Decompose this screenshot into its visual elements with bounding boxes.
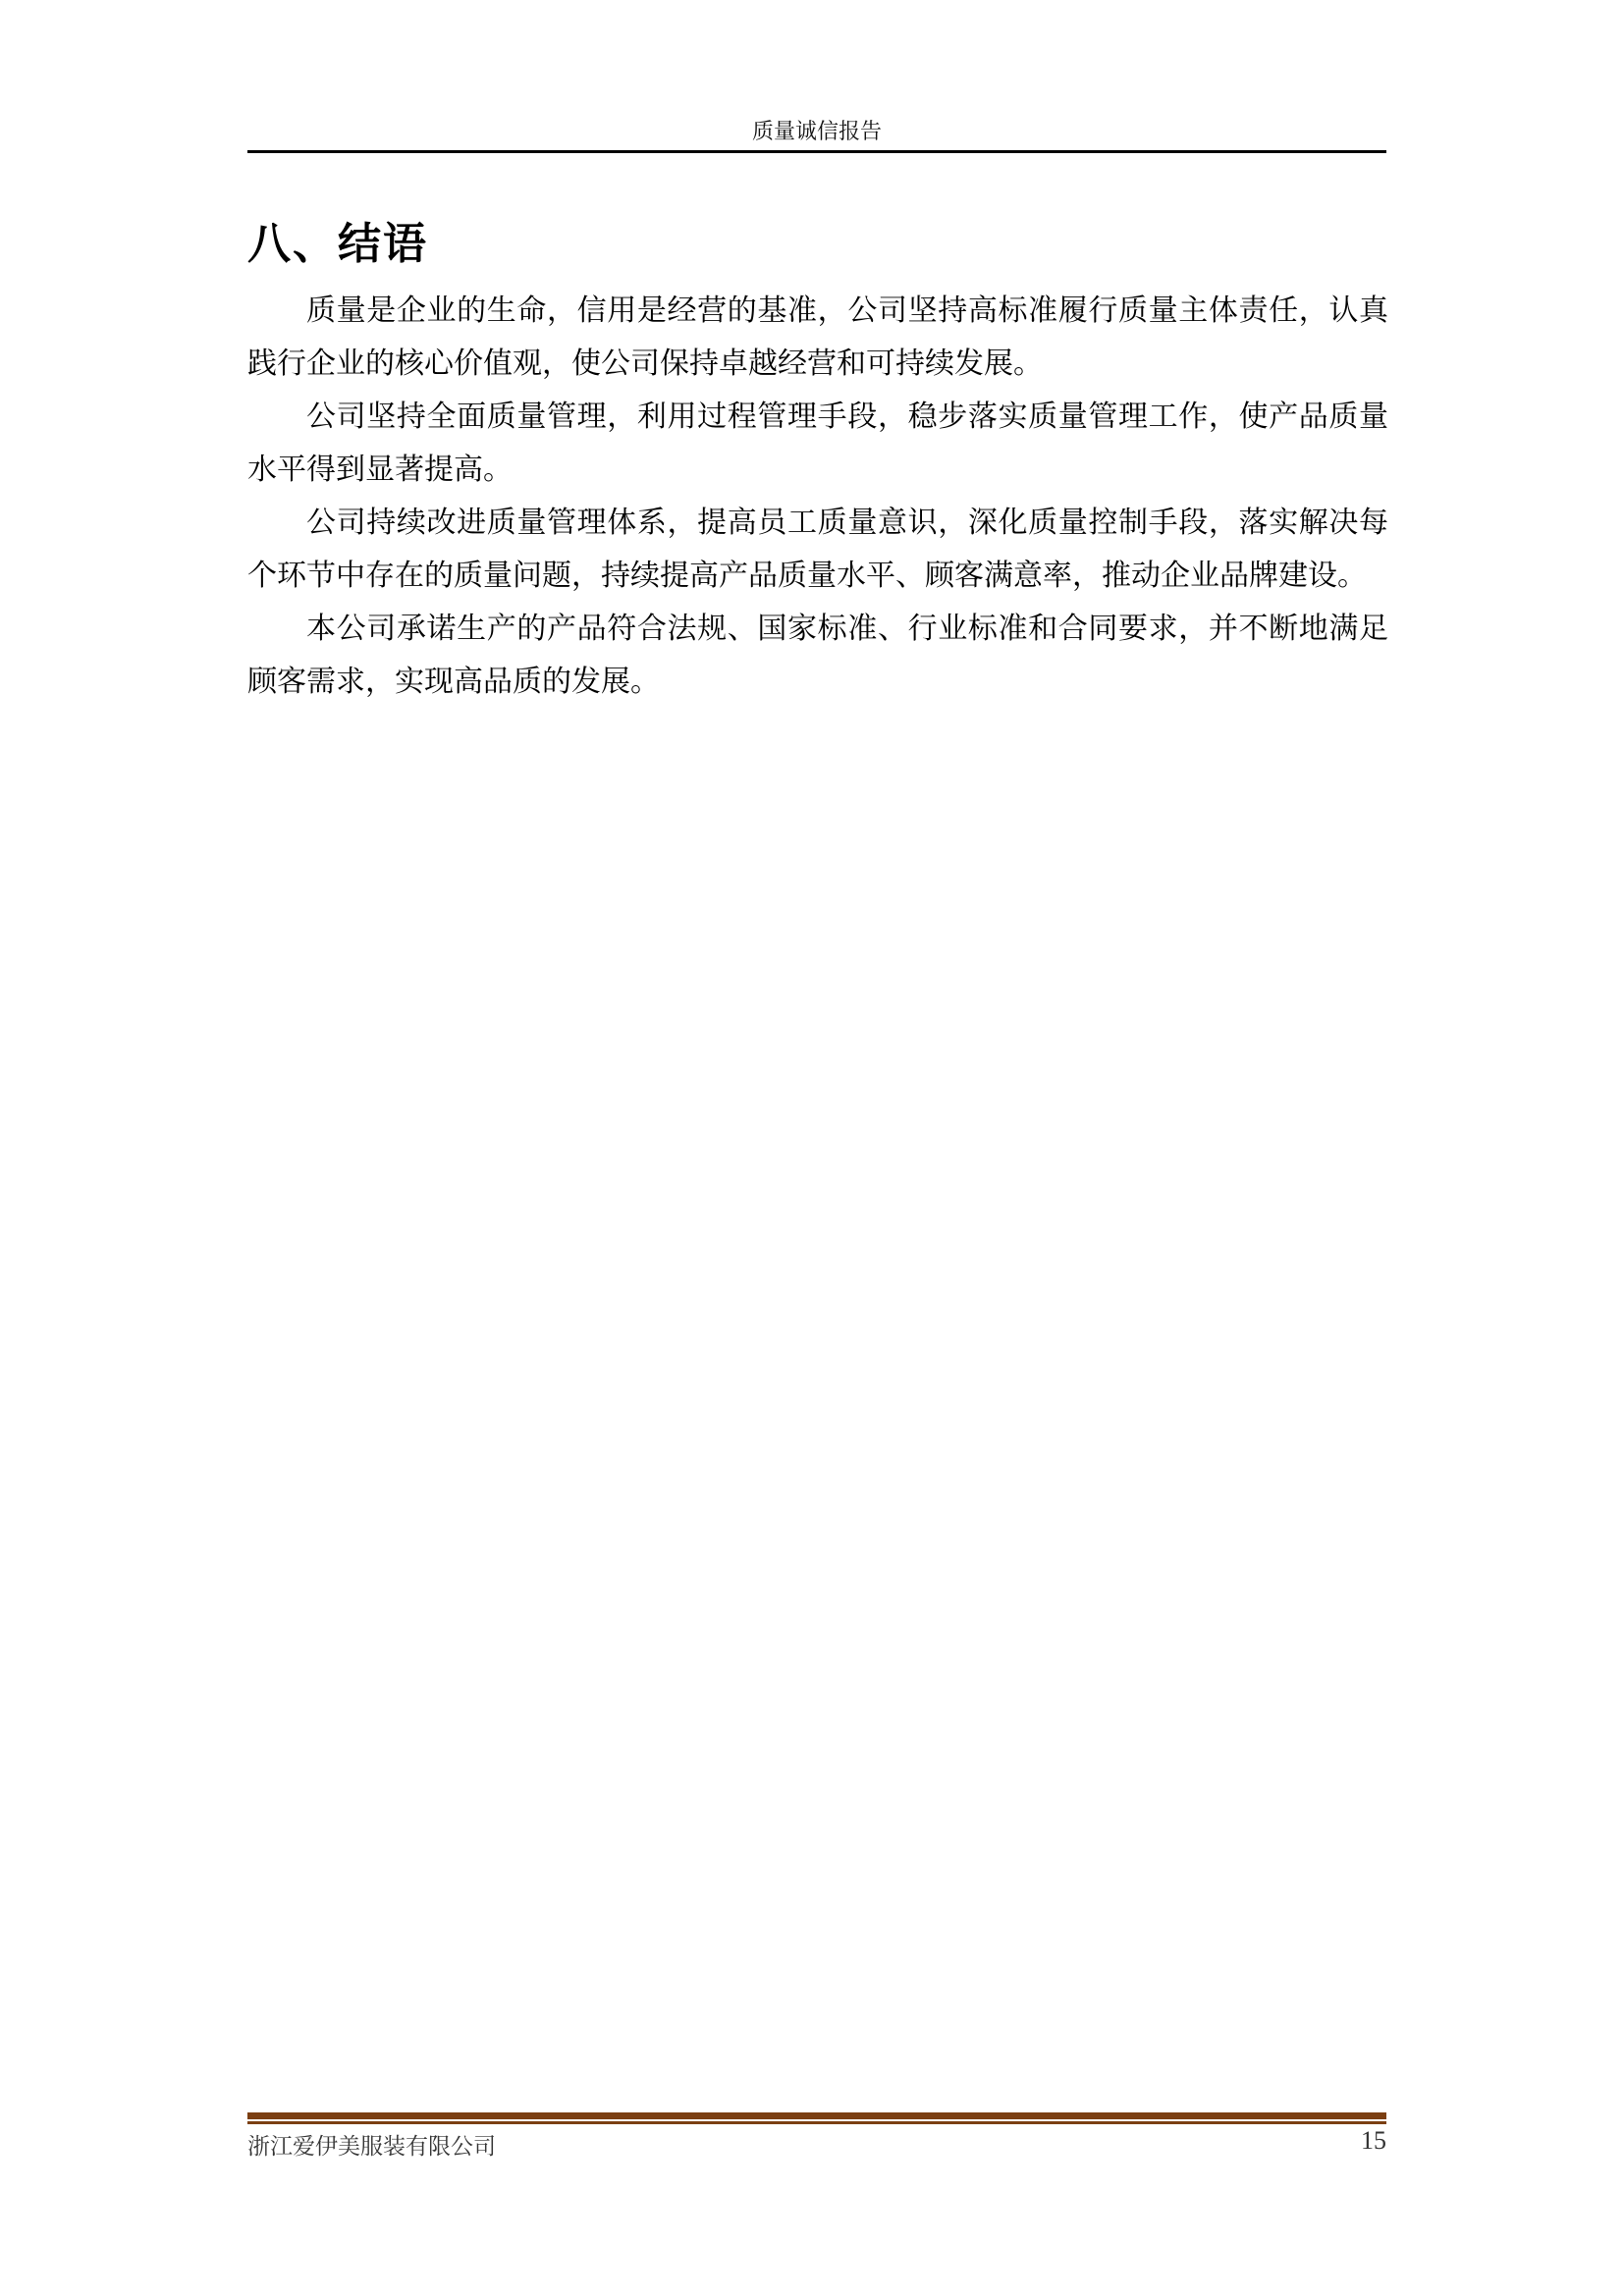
paragraph: 公司坚持全面质量管理，利用过程管理手段，稳步落实质量管理工作，使产品质量水平得到…	[247, 391, 1388, 497]
footer-company-name: 浙江爱伊美服装有限公司	[247, 2128, 496, 2161]
paragraph: 质量是企业的生命，信用是经营的基准，公司坚持高标准履行质量主体责任，认真践行企业…	[247, 285, 1388, 391]
section-heading: 八、结语	[247, 208, 428, 271]
header-title: 质量诚信报告	[247, 115, 1386, 145]
header-divider	[247, 150, 1386, 153]
footer-divider-thick	[247, 2112, 1386, 2119]
paragraph: 公司持续改进质量管理体系，提高员工质量意识，深化质量控制手段，落实解决每个环节中…	[247, 497, 1388, 603]
page-number: 15	[1361, 2126, 1386, 2156]
footer-divider-thin	[247, 2121, 1386, 2124]
section-body: 质量是企业的生命，信用是经营的基准，公司坚持高标准履行质量主体责任，认真践行企业…	[247, 285, 1388, 709]
paragraph: 本公司承诺生产的产品符合法规、国家标准、行业标准和合同要求，并不断地满足顾客需求…	[247, 603, 1388, 709]
